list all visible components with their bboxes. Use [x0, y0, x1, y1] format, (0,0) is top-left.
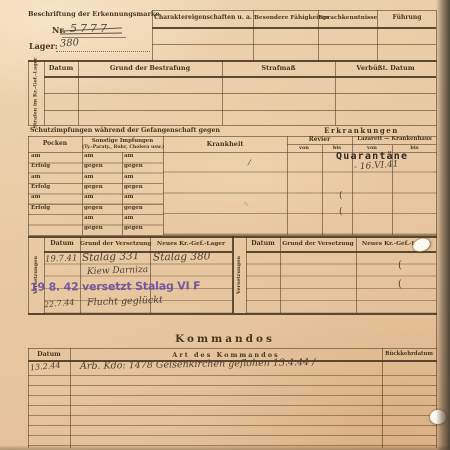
- col-besondere-faehigkeiten: Besondere Fähigkeiten: [254, 15, 318, 21]
- col-grund-der-versetzung: Grund der Versetzung: [80, 241, 150, 247]
- transfer-to-camp: Stalag 380: [153, 251, 211, 263]
- col-strafmass: Strafmaß: [222, 65, 335, 72]
- rule: [253, 10, 254, 60]
- transfer-stamp: 19 8. 42 versetzt Stalag VI F: [30, 279, 201, 293]
- ink-mark: (: [339, 191, 343, 201]
- rule: [28, 236, 29, 313]
- scan-edge-shadow: [436, 0, 450, 450]
- rule: [82, 136, 83, 235]
- rule: [28, 313, 437, 315]
- rule: [28, 136, 29, 235]
- rule: [318, 10, 319, 60]
- rule: [322, 145, 323, 235]
- rule: [56, 51, 150, 52]
- label-von: von: [289, 146, 319, 151]
- ink-mark: ∿: [243, 200, 249, 208]
- col-sprachkenntnisse: Sprachkenntnisse: [319, 15, 377, 21]
- rule: [28, 348, 29, 448]
- pow-record-card: Beschriftung der Erkennungsmarke Nr. 577…: [0, 0, 450, 450]
- rule: [70, 348, 71, 448]
- ruled-rows: [28, 153, 163, 235]
- col-datum: Datum: [44, 65, 78, 72]
- rule: [232, 236, 234, 313]
- col-lazarett: Lazarett — Krankenhaus: [352, 137, 437, 143]
- ink-mark: (: [398, 279, 402, 290]
- lager-value: 380: [60, 38, 80, 49]
- rule: [44, 76, 436, 78]
- rule: [377, 10, 378, 60]
- lager-label: Lager:: [29, 42, 58, 50]
- rule: [78, 60, 79, 125]
- rule: [152, 27, 436, 29]
- rule: [152, 10, 153, 60]
- col-fuehrung: Führung: [378, 15, 436, 21]
- col-datum: Datum: [28, 352, 70, 359]
- ink-mark: (: [339, 207, 343, 217]
- rule: [28, 60, 29, 125]
- col-revier: Revier: [287, 137, 352, 143]
- col-pocken: Pocken: [28, 141, 82, 147]
- erkennungsmarke-heading: Beschriftung der Erkennungsmarke: [28, 11, 152, 18]
- rule: [382, 348, 383, 448]
- col-datum: Datum: [246, 241, 280, 248]
- ruled-rows: [28, 366, 437, 447]
- col-datum: Datum: [44, 241, 80, 248]
- rule: [335, 60, 336, 125]
- rule: [44, 93, 436, 94]
- rule: [28, 60, 437, 62]
- col-krankheit: Krankheit: [163, 141, 287, 148]
- rule: [28, 348, 437, 349]
- col-grund-der-bestrafung: Grund der Bestrafung: [78, 65, 222, 72]
- rule: [163, 136, 164, 235]
- impfungen-heading: Schutzimpfungen während der Gefangenscha…: [30, 128, 220, 135]
- rule: [280, 236, 281, 313]
- versetzungen-side-label-left: Versetzungen: [28, 236, 44, 313]
- kommandos-title: Kommandos: [160, 334, 290, 345]
- rule: [44, 60, 45, 125]
- rule: [287, 136, 288, 235]
- col-sonstige-impfungen: Sonstige Impfungen: [82, 139, 163, 145]
- rule: [222, 60, 223, 125]
- scan-edge-shadow: [0, 445, 450, 450]
- ruled-rows: [246, 252, 436, 313]
- rule: [356, 236, 357, 313]
- ruled-rows: [163, 152, 287, 235]
- col-charaktereigenschaften: Charaktereigenschaften u. a.: [153, 15, 253, 21]
- rule: [152, 10, 436, 11]
- strafen-side-label: Strafen im Kr.-Gef.-Lager: [28, 60, 44, 125]
- erkrankungen-heading: Erkrankungen: [287, 127, 436, 134]
- col-grund-der-versetzung: Grund der Versetzung: [280, 241, 356, 247]
- col-verbuesst-datum: Verbüßt. Datum: [335, 65, 436, 72]
- rule: [122, 152, 123, 235]
- rule: [246, 236, 247, 313]
- col-rueckkehrdatum: Rückkehrdatum: [382, 352, 436, 358]
- versetzungen-side-label-right: Versetzungen: [232, 236, 246, 313]
- col-sonstige-impfungen-sub: (Ty.-Paraty., Ruhr, Cholera usw.): [82, 146, 163, 151]
- transfer-date-1: 19.7.41: [45, 254, 78, 264]
- rule: [152, 44, 436, 45]
- ink-mark: (: [398, 260, 402, 271]
- transfer-from-camp: Stalag 331: [82, 251, 140, 263]
- rule: [44, 110, 436, 111]
- escape-note: Flucht geglückt: [87, 296, 163, 308]
- rule: [80, 236, 81, 313]
- col-neues-lager: Neues Kr.-Gef.-Lager: [150, 241, 232, 247]
